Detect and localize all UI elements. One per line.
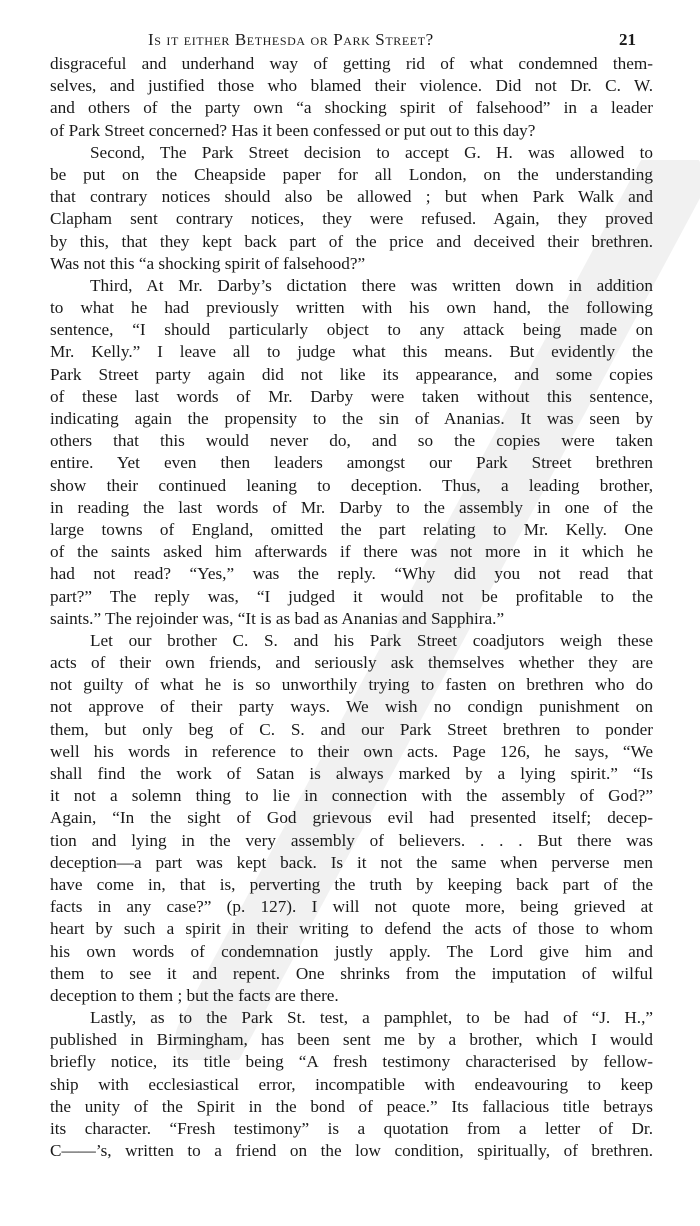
- text-line: of Park Street concerned? Has it been co…: [50, 120, 653, 142]
- text-line: Was not this “a shocking spirit of false…: [50, 253, 653, 275]
- text-line: of these last words of Mr. Darby were ta…: [50, 386, 653, 408]
- text-line: it not a solemn thing to lie in connecti…: [50, 785, 653, 807]
- page-header: Is it either Bethesda or Park Street? 21: [0, 30, 700, 54]
- text-line: had not read? “Yes,” was the reply. “Why…: [50, 563, 653, 585]
- text-line: that contrary notices should also be all…: [50, 186, 653, 208]
- text-line: briefly notice, its title being “A fresh…: [50, 1051, 653, 1073]
- text-line: acts of their own friends, and seriously…: [50, 652, 653, 674]
- text-line: be put on the Cheapside paper for all Lo…: [50, 164, 653, 186]
- text-line: in reading the last words of Mr. Darby t…: [50, 497, 653, 519]
- text-line: entire. Yet even then leaders amongst ou…: [50, 452, 653, 474]
- text-line: show their continued leaning to deceptio…: [50, 475, 653, 497]
- text-line: not guilty of what he is so unworthily t…: [50, 674, 653, 696]
- text-line: tion and lying in the very assembly of b…: [50, 830, 653, 852]
- text-line: sentence, “I should particularly object …: [50, 319, 653, 341]
- text-line: its character. “Fresh testimony” is a qu…: [50, 1118, 653, 1140]
- text-line: part?” The reply was, “I judged it would…: [50, 586, 653, 608]
- text-line: Again, “In the sight of God grievous evi…: [50, 807, 653, 829]
- text-line: selves, and justified those who blamed t…: [50, 75, 653, 97]
- running-title: Is it either Bethesda or Park Street?: [148, 30, 434, 50]
- body-text: disgraceful and underhand way of getting…: [50, 53, 653, 1162]
- text-line: Let our brother C. S. and his Park Stree…: [50, 630, 653, 652]
- text-line: saints.” The rejoinder was, “It is as ba…: [50, 608, 653, 630]
- text-line: deception to them ; but the facts are th…: [50, 985, 653, 1007]
- text-line: heart by such a spirit in their writing …: [50, 918, 653, 940]
- text-line: them, but only beg of C. S. and our Park…: [50, 719, 653, 741]
- text-line: Clapham sent contrary notices, they were…: [50, 208, 653, 230]
- text-line: deception—a part was kept back. Is it no…: [50, 852, 653, 874]
- text-line: and others of the party own “a shocking …: [50, 97, 653, 119]
- text-line: to what he had previously written with h…: [50, 297, 653, 319]
- text-line: others that this would never do, and so …: [50, 430, 653, 452]
- text-line: the unity of the Spirit in the bond of p…: [50, 1096, 653, 1118]
- text-line: have come in, that is, perverting the tr…: [50, 874, 653, 896]
- text-line: Lastly, as to the Park St. test, a pamph…: [50, 1007, 653, 1029]
- text-line: shall find the work of Satan is always m…: [50, 763, 653, 785]
- text-line: large towns of England, omitted the part…: [50, 519, 653, 541]
- text-line: by this, that they kept back part of the…: [50, 231, 653, 253]
- text-line: Third, At Mr. Darby’s dictation there wa…: [50, 275, 653, 297]
- text-line: his own words of condemnation justly app…: [50, 941, 653, 963]
- text-line: well his words in reference to their own…: [50, 741, 653, 763]
- text-line: indicating again the propensity to the s…: [50, 408, 653, 430]
- text-line: C——’s, written to a friend on the low co…: [50, 1140, 653, 1162]
- text-line: not approve of their party ways. We wish…: [50, 696, 653, 718]
- text-line: of the saints asked him afterwards if th…: [50, 541, 653, 563]
- text-line: Park Street party again did not like its…: [50, 364, 653, 386]
- text-line: Mr. Kelly.” I leave all to judge what th…: [50, 341, 653, 363]
- text-line: them to see it and repent. One shrinks f…: [50, 963, 653, 985]
- text-line: ship with ecclesiastical error, incompat…: [50, 1074, 653, 1096]
- page-number: 21: [619, 30, 636, 50]
- text-line: disgraceful and underhand way of getting…: [50, 53, 653, 75]
- text-line: published in Birmingham, has been sent m…: [50, 1029, 653, 1051]
- text-line: Second, The Park Street decision to acce…: [50, 142, 653, 164]
- text-line: facts in any case?” (p. 127). I will not…: [50, 896, 653, 918]
